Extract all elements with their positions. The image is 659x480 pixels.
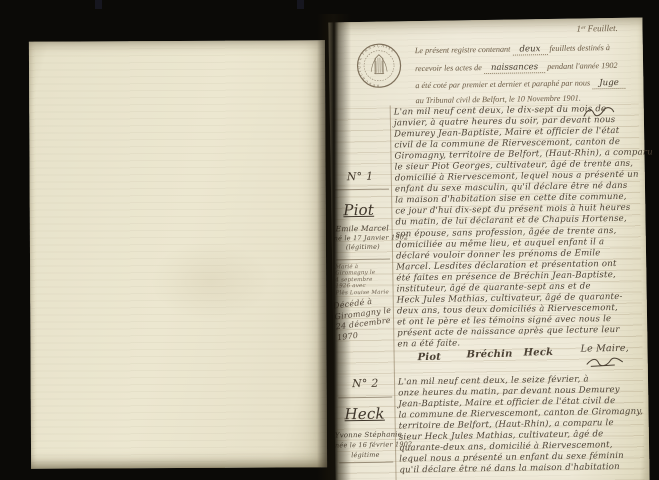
header-line-1-pre: Le présent registre contenant xyxy=(415,45,511,56)
act2-number: N° 2 xyxy=(352,377,379,390)
register-scan: 1ᵉʳ Feuillet. RÉPUBLIQUE FRANÇAISE Le pr… xyxy=(0,0,659,480)
seal-ring-text: RÉPUBLIQUE FRANÇAISE xyxy=(356,42,397,89)
header-line-2: recevoir les actes de naissances pendant… xyxy=(415,61,618,76)
header-line-2-pre: recevoir les actes de xyxy=(415,63,482,73)
svg-text:RÉPUBLIQUE FRANÇAISE: RÉPUBLIQUE FRANÇAISE xyxy=(356,42,397,89)
folio-label: 1ᵉʳ Feuillet. xyxy=(576,23,618,34)
header-line-3: a été coté par premier et dernier et par… xyxy=(415,78,626,93)
header-line-3-fill: Juge xyxy=(592,78,626,90)
header-line-3-pre: a été coté par premier et dernier et par… xyxy=(415,78,590,90)
header-line-2-fill: naissances xyxy=(484,62,545,74)
left-blank-page xyxy=(29,40,327,469)
act1-body-text: L'an mil neuf cent deux, le dix-sept du … xyxy=(394,104,648,351)
act2-body-text: L'an mil neuf cent deux, le seize févrie… xyxy=(398,374,650,477)
binding-thread-mark xyxy=(297,0,304,9)
signature-witness-2: Heck xyxy=(523,347,553,358)
official-seal-icon: RÉPUBLIQUE FRANÇAISE xyxy=(355,41,404,90)
book-gutter-shadow xyxy=(317,14,351,480)
header-line-1-fill: deux xyxy=(512,44,547,56)
header-line-2-post: pendant l'année 1902 xyxy=(547,61,618,71)
signature-witness-1: Bréchin xyxy=(467,349,513,361)
paper-stain xyxy=(150,241,270,322)
signature-father: Piot xyxy=(418,352,442,363)
right-register-page: 1ᵉʳ Feuillet. RÉPUBLIQUE FRANÇAISE Le pr… xyxy=(328,18,649,480)
header-line-1: Le présent registre contenant deux feuil… xyxy=(415,43,610,58)
binding-thread-mark xyxy=(95,0,102,9)
mayor-signature-icon xyxy=(585,355,625,370)
header-line-1-post: feuillets destinés à xyxy=(549,43,610,53)
mayor-signature-label: Le Maire, xyxy=(580,343,629,355)
act2-margin-status: légitime xyxy=(351,451,380,459)
